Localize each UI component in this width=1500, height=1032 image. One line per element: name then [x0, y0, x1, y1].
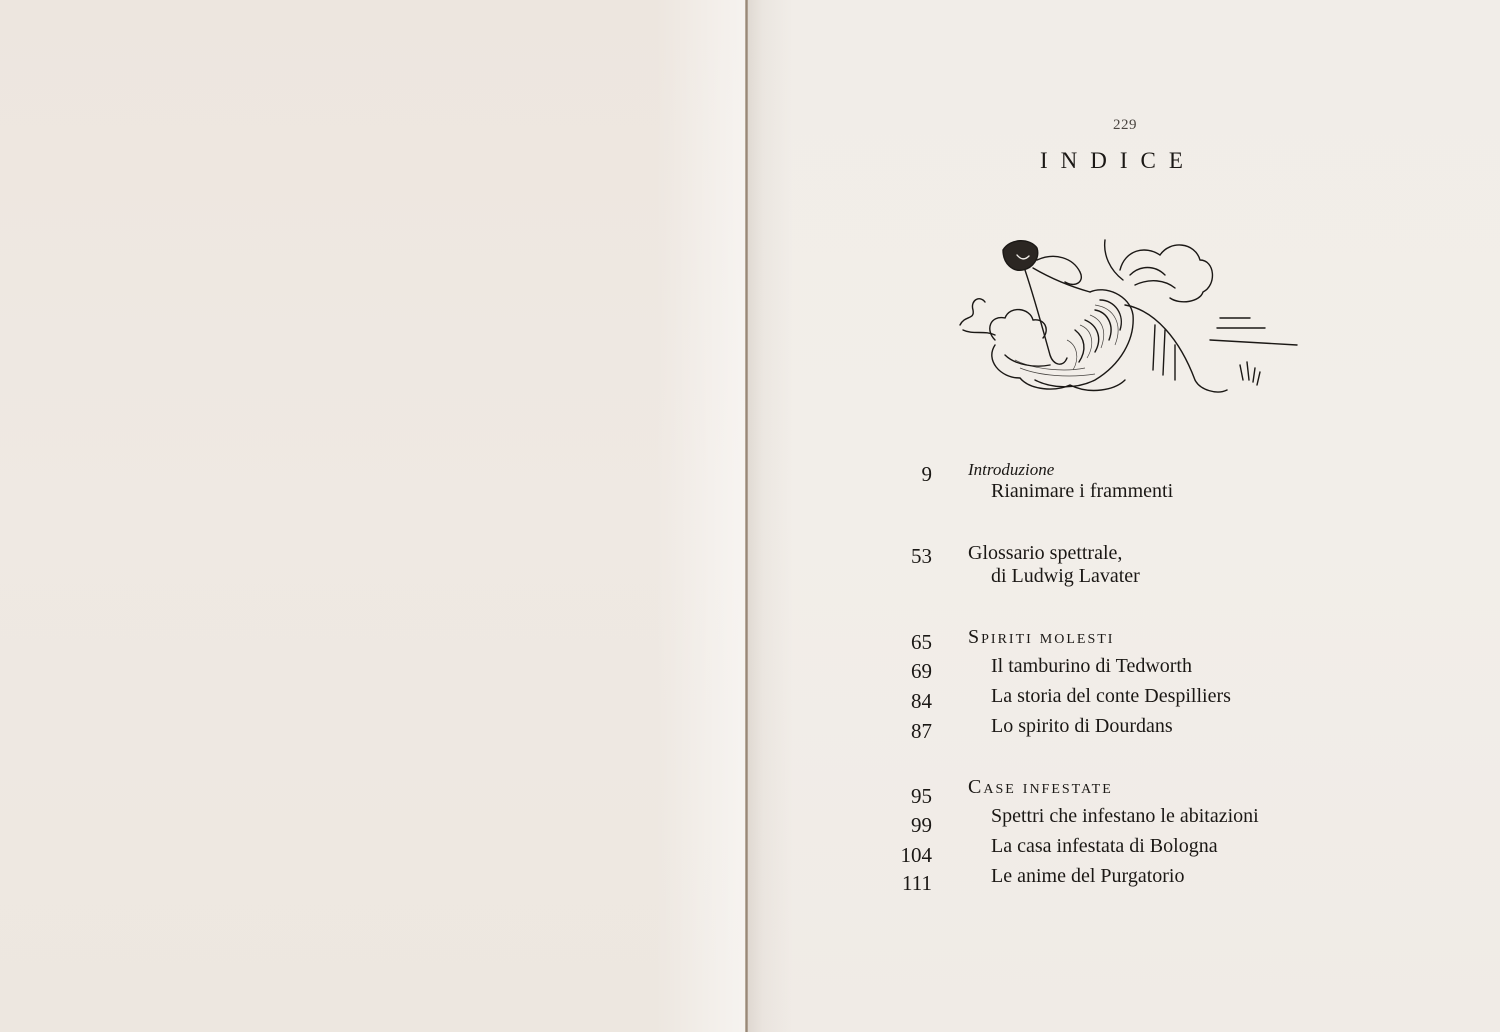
- toc-section-label: Case infestate: [968, 776, 1113, 799]
- toc-entry-label: La storia del conte Despilliers: [991, 685, 1231, 708]
- toc-entry-label: Il tamburino di Tedworth: [991, 655, 1192, 678]
- toc-entry-glossario-author[interactable]: di Ludwig Lavater: [890, 565, 1310, 595]
- toc-page-number: 69: [890, 659, 932, 684]
- toc-entry-label: Le anime del Purgatorio: [991, 865, 1184, 888]
- toc-page-number: 84: [890, 689, 932, 714]
- toc-entry-bologna[interactable]: 104 La casa infestata di Bologna: [890, 835, 1310, 865]
- toc-entry-label: La casa infestata di Bologna: [991, 835, 1218, 858]
- toc-entry-purgatorio[interactable]: 111 Le anime del Purgatorio: [890, 865, 1310, 895]
- toc-entry-label: di Ludwig Lavater: [991, 565, 1140, 588]
- toc-page-number: 87: [890, 719, 932, 744]
- toc-entry-dourdans[interactable]: 87 Lo spirito di Dourdans: [890, 715, 1310, 745]
- toc-entry-spettri[interactable]: 99 Spettri che infestano le abitazioni: [890, 805, 1310, 835]
- toc-entry-label: Glossario spettrale,: [968, 542, 1122, 565]
- toc-entry-label: Rianimare i frammenti: [991, 480, 1173, 503]
- toc-page-number: 65: [890, 630, 932, 655]
- toc-page-number: 111: [890, 871, 932, 896]
- toc-section-label: Introduzione: [968, 460, 1054, 480]
- toc-section-spiriti-molesti[interactable]: 65 Spiriti molesti: [890, 626, 1310, 656]
- toc-entry-tamburino[interactable]: 69 Il tamburino di Tedworth: [890, 655, 1310, 685]
- toc-entry-label: Lo spirito di Dourdans: [991, 715, 1173, 738]
- toc-entry-rianimare[interactable]: Rianimare i frammenti: [890, 480, 1310, 510]
- toc-entry-despilliers[interactable]: 84 La storia del conte Despilliers: [890, 685, 1310, 715]
- toc-section-case-infestate[interactable]: 95 Case infestate: [890, 776, 1310, 806]
- left-page-blank: [0, 0, 745, 1032]
- toc-entry-label: Spettri che infestano le abitazioni: [991, 805, 1259, 828]
- engraving-illustration-icon: [955, 230, 1300, 410]
- toc-section-label: Spiriti molesti: [968, 626, 1114, 649]
- page-title: INDICE: [1040, 148, 1196, 174]
- page-number: 229: [1110, 117, 1140, 134]
